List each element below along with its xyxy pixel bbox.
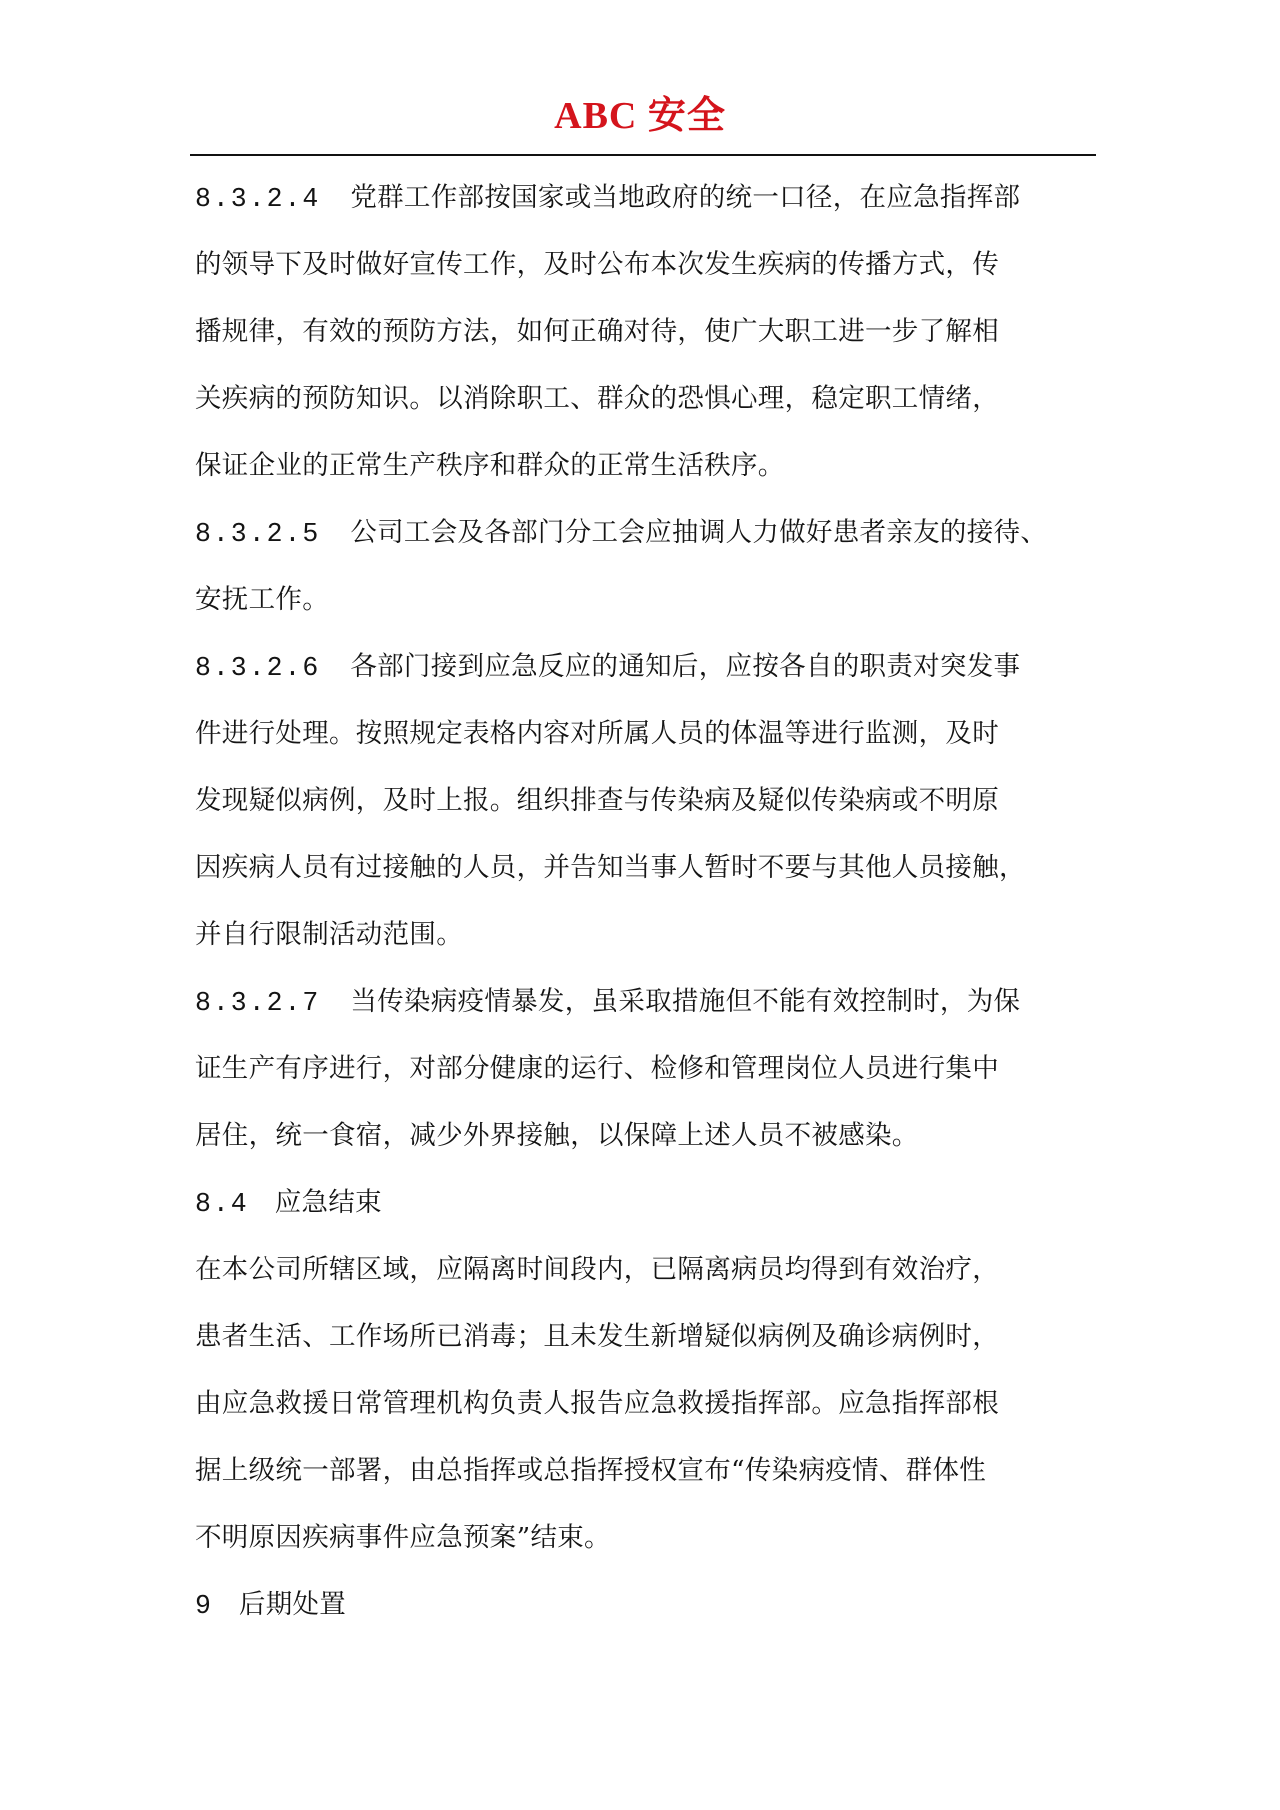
clause-number: 8.3.2.6 xyxy=(195,653,320,683)
header-divider xyxy=(190,154,1096,156)
clause-text: 党群工作部按国家或当地政府的统一口径，在应急指挥部 xyxy=(350,182,1020,213)
clause-number: 8.3.2.7 xyxy=(195,988,320,1018)
document-page: ABC 安全 8.3.2.4党群工作部按国家或当地政府的统一口径，在应急指挥部 … xyxy=(0,0,1280,1810)
paragraph-line: 患者生活、工作场所已消毒；且未发生新增疑似病例及确诊病例时， xyxy=(195,1303,1100,1370)
paragraph-line: 因疾病人员有过接触的人员，并告知当事人暂时不要与其他人员接触， xyxy=(195,834,1100,901)
section-title: 应急结束 xyxy=(275,1187,382,1218)
paragraph-line: 证生产有序进行，对部分健康的运行、检修和管理岗位人员进行集中 xyxy=(195,1035,1100,1102)
clause-text: 各部门接到应急反应的通知后，应按各自的职责对突发事 xyxy=(350,651,1020,682)
paragraph-line: 居住，统一食宿，减少外界接触，以保障上述人员不被感染。 xyxy=(195,1102,1100,1169)
section-number: 8.4 xyxy=(195,1189,249,1219)
section-heading: 9后期处置 xyxy=(195,1571,1100,1638)
paragraph-line: 件进行处理。按照规定表格内容对所属人员的体温等进行监测，及时 xyxy=(195,700,1100,767)
paragraph-line: 安抚工作。 xyxy=(195,566,1100,633)
clause-text: 当传染病疫情暴发，虽采取措施但不能有效控制时，为保 xyxy=(350,986,1020,1017)
paragraph-line: 8.3.2.6各部门接到应急反应的通知后，应按各自的职责对突发事 xyxy=(195,633,1100,700)
clause-number: 8.3.2.4 xyxy=(195,184,320,214)
paragraph-line: 在本公司所辖区域，应隔离时间段内，已隔离病员均得到有效治疗， xyxy=(195,1236,1100,1303)
paragraph-line: 并自行限制活动范围。 xyxy=(195,901,1100,968)
section-title: 后期处置 xyxy=(239,1589,346,1620)
clause-number: 8.3.2.5 xyxy=(195,519,320,549)
paragraph-line: 的领导下及时做好宣传工作，及时公布本次发生疾病的传播方式，传 xyxy=(195,231,1100,298)
section-number: 9 xyxy=(195,1591,213,1621)
paragraph-line: 播规律，有效的预防方法，如何正确对待，使广大职工进一步了解相 xyxy=(195,298,1100,365)
page-header-title: ABC 安全 xyxy=(190,92,1090,140)
paragraph-line: 发现疑似病例，及时上报。组织排查与传染病及疑似传染病或不明原 xyxy=(195,767,1100,834)
paragraph-line: 由应急救援日常管理机构负责人报告应急救援指挥部。应急指挥部根 xyxy=(195,1370,1100,1437)
paragraph-line: 保证企业的正常生产秩序和群众的正常生活秩序。 xyxy=(195,432,1100,499)
document-body: 8.3.2.4党群工作部按国家或当地政府的统一口径，在应急指挥部 的领导下及时做… xyxy=(195,164,1100,1638)
paragraph-line: 据上级统一部署，由总指挥或总指挥授权宣布“传染病疫情、群体性 xyxy=(195,1437,1100,1504)
paragraph-line: 不明原因疾病事件应急预案”结束。 xyxy=(195,1504,1100,1571)
paragraph-line: 8.3.2.4党群工作部按国家或当地政府的统一口径，在应急指挥部 xyxy=(195,164,1100,231)
clause-text: 公司工会及各部门分工会应抽调人力做好患者亲友的接待、 xyxy=(350,517,1047,548)
section-heading: 8.4应急结束 xyxy=(195,1169,1100,1236)
paragraph-line: 8.3.2.7当传染病疫情暴发，虽采取措施但不能有效控制时，为保 xyxy=(195,968,1100,1035)
paragraph-line: 8.3.2.5公司工会及各部门分工会应抽调人力做好患者亲友的接待、 xyxy=(195,499,1100,566)
paragraph-line: 关疾病的预防知识。以消除职工、群众的恐惧心理，稳定职工情绪， xyxy=(195,365,1100,432)
